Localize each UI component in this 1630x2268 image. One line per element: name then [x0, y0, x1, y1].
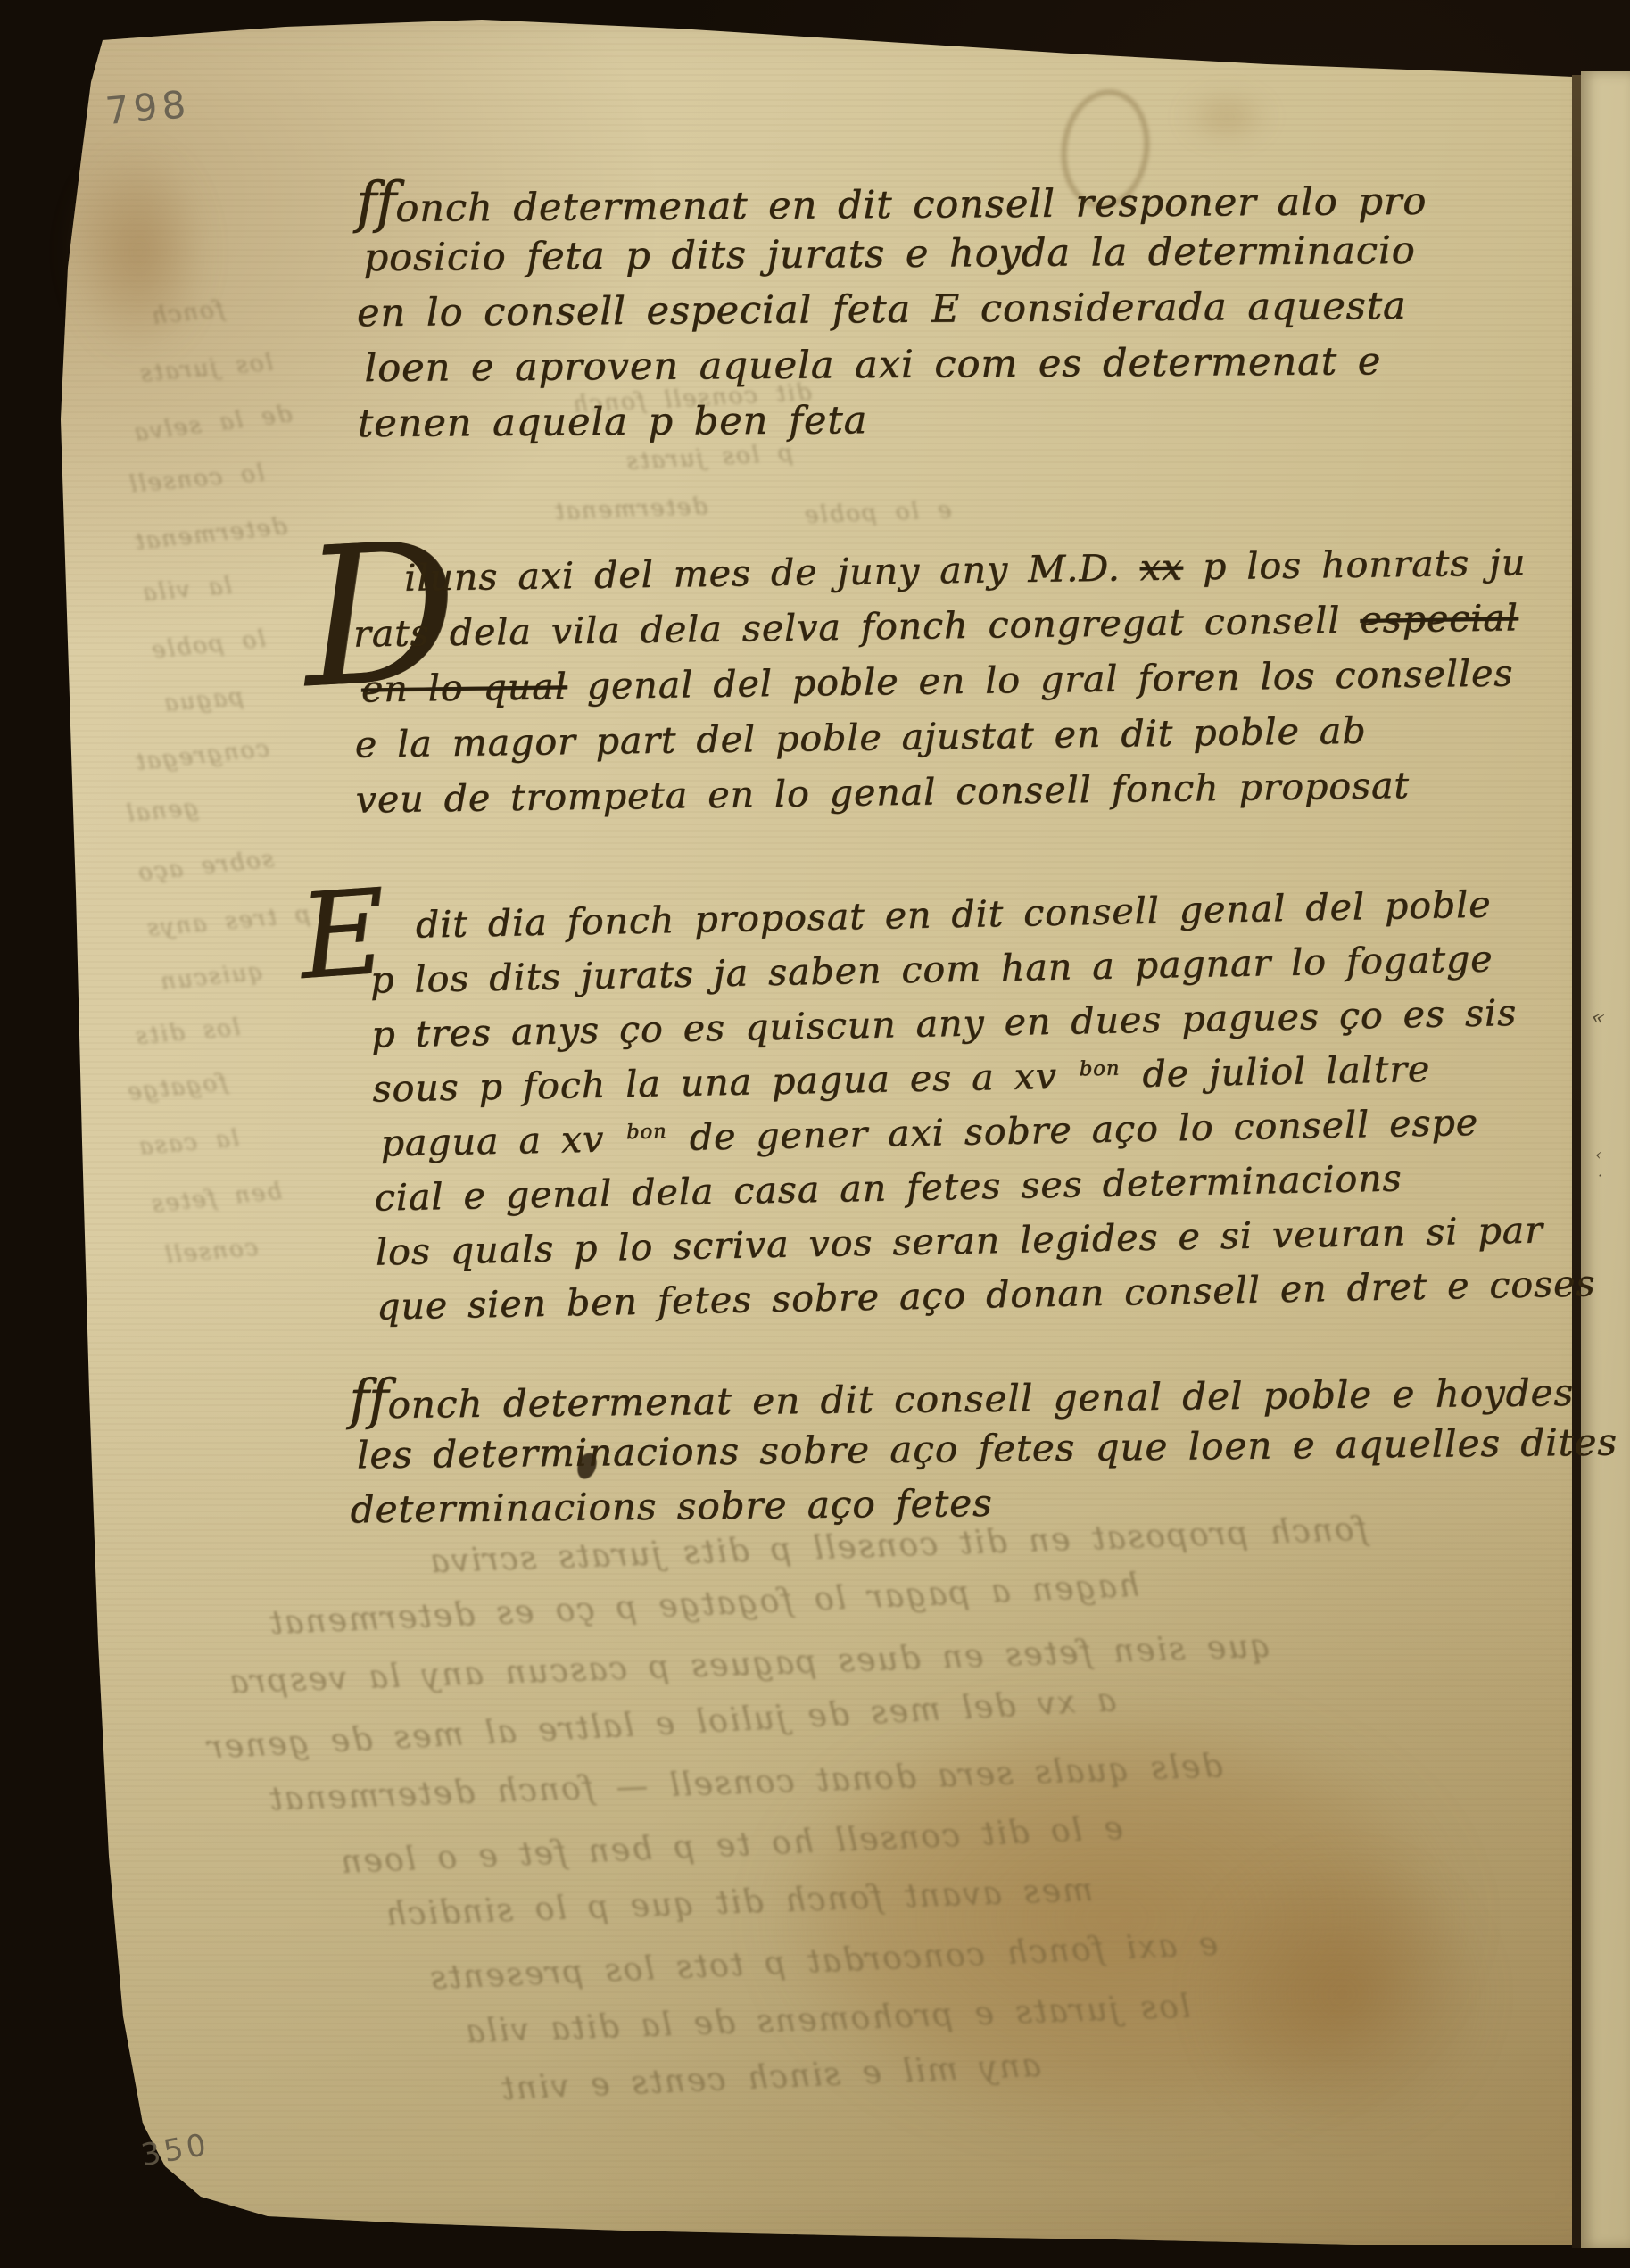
- manuscript-segment: pagua a xv: [380, 1117, 624, 1164]
- manuscript-line: loen e aproven aquela axi com es determe…: [364, 339, 1427, 401]
- manuscript-line: tenen aquela p ben feta: [358, 394, 1428, 457]
- manuscript-segment-tall: ff: [356, 170, 396, 235]
- text-block-1: ffonch determenat en dit consell respone…: [356, 173, 1428, 457]
- manuscript-segment-strike: especial: [1360, 596, 1518, 641]
- manuscript-line: en lo consell especial feta E considerad…: [357, 284, 1427, 346]
- bleedthrough-fragment: determenat: [553, 493, 708, 526]
- manuscript-scan: « ‹ · 798 350 D E ffonch determenat en d…: [0, 0, 1630, 2268]
- edge-mark: ·: [1598, 1167, 1602, 1184]
- manuscript-segment: p los honrats ju: [1183, 541, 1527, 588]
- text-block-3: dit dia fonch proposat en dit consell ge…: [415, 881, 1596, 1338]
- manuscript-segment: onch determenat en dit consell responer …: [395, 179, 1427, 231]
- manuscript-segment-strike: en lo qual: [361, 665, 567, 710]
- manuscript-segment-strike: xx: [1139, 546, 1183, 590]
- bleedthrough-fragment: e lo poble: [803, 497, 952, 529]
- manuscript-line: posicio feta p dits jurats e hoyda la de…: [363, 228, 1427, 291]
- manuscript-segment: loen e aproven aquela axi com es determe…: [364, 339, 1381, 391]
- manuscript-segment: en lo consell especial feta E considerad…: [357, 284, 1407, 335]
- edge-mark: ‹: [1595, 1146, 1601, 1164]
- manuscript-segment: posicio feta p dits jurats e hoyda la de…: [363, 228, 1415, 280]
- manuscript-segment: iluns axi del mes de juny any M.D.: [404, 546, 1140, 600]
- edge-mark: «: [1590, 1004, 1607, 1031]
- folio-number-top: 798: [103, 82, 192, 133]
- manuscript-segment: de juliol laltre: [1122, 1047, 1431, 1097]
- text-block-2: iluns axi del mes de juny any M.D. xx p …: [404, 541, 1529, 833]
- manuscript-segment: determinacions sobre aço fetes: [350, 1481, 992, 1532]
- manuscript-line: ffonch determenat en dit consell respone…: [356, 173, 1427, 236]
- manuscript-segment-sup: bon: [626, 1121, 667, 1145]
- manuscript-segment-sup: bon: [1079, 1057, 1120, 1081]
- manuscript-segment-tall: ff: [349, 1368, 388, 1431]
- text-block-4: ffonch determenat en dit consell genal d…: [349, 1366, 1618, 1543]
- manuscript-segment: onch determenat en dit consell genal del…: [387, 1370, 1574, 1427]
